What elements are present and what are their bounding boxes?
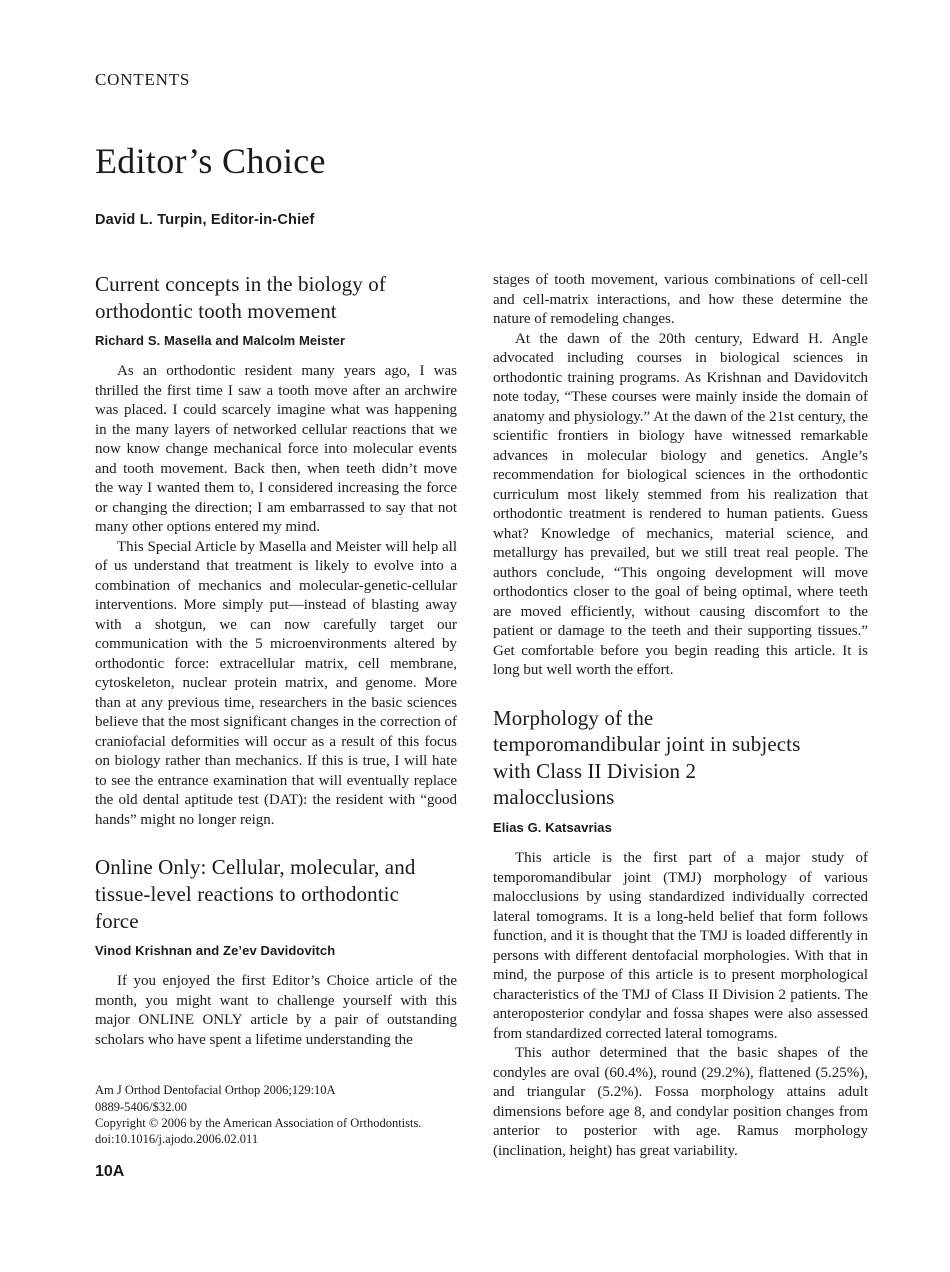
editor-in-chief-byline: David L. Turpin, Editor-in-Chief xyxy=(95,212,868,228)
right-column: stages of tooth movement, various combin… xyxy=(493,271,868,1181)
article-paragraph: As an orthodontic resident many years ag… xyxy=(95,362,457,538)
page-number: 10A xyxy=(95,1163,457,1181)
contents-kicker: CONTENTS xyxy=(95,70,868,90)
article-paragraph-continued: stages of tooth movement, various combin… xyxy=(493,271,868,330)
article-paragraph: If you enjoyed the first Editor’s Choice… xyxy=(95,972,457,1050)
two-column-layout: Current concepts in the biology of ortho… xyxy=(95,271,868,1181)
article-title-online-only: Online Only: Cellular, molecular, and ti… xyxy=(95,854,457,934)
left-column: Current concepts in the biology of ortho… xyxy=(95,271,457,1181)
journal-citation-block: Am J Orthod Dentofacial Orthop 2006;129:… xyxy=(95,1082,457,1147)
article-authors-online-only: Vinod Krishnan and Ze’ev Davidovitch xyxy=(95,943,457,958)
issn-price-line: 0889-5406/$32.00 xyxy=(95,1099,457,1115)
article-authors-current-concepts: Richard S. Masella and Malcolm Meister xyxy=(95,333,457,348)
article-title-current-concepts: Current concepts in the biology of ortho… xyxy=(95,271,457,324)
article-title-morphology: Morphology of the temporomandibular join… xyxy=(493,705,868,812)
article-paragraph: This author determined that the basic sh… xyxy=(493,1044,868,1161)
article-paragraph: At the dawn of the 20th century, Edward … xyxy=(493,330,868,681)
citation-line: Am J Orthod Dentofacial Orthop 2006;129:… xyxy=(95,1082,457,1098)
article-paragraph: This Special Article by Masella and Meis… xyxy=(95,538,457,831)
copyright-line: Copyright © 2006 by the American Associa… xyxy=(95,1115,457,1131)
article-paragraph: This article is the first part of a majo… xyxy=(493,849,868,1044)
doi-line: doi:10.1016/j.ajodo.2006.02.011 xyxy=(95,1131,457,1147)
article-authors-morphology: Elias G. Katsavrias xyxy=(493,820,868,835)
journal-contents-page: CONTENTS Editor’s Choice David L. Turpin… xyxy=(0,0,950,1272)
page-title: Editor’s Choice xyxy=(95,140,868,182)
